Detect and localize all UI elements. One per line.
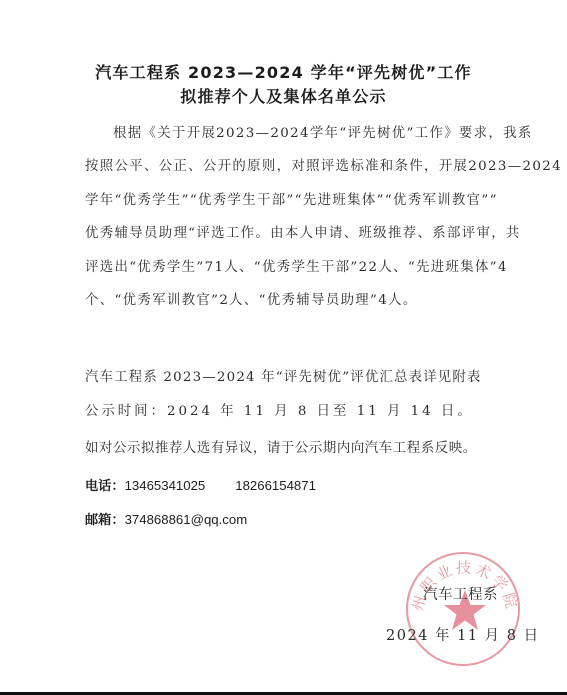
body-line: 根据《关于开展2023—2024学年“评先树优”工作》要求，我系 [85,117,519,150]
signature-department: 汽车工程系 [423,583,498,604]
email-address: 374868861@qq.com [125,512,248,527]
body-line: 按照公平、公正、公开的原则，对照评选标准和条件，开展2023—2024 [85,150,519,183]
email-label: 邮箱： [85,512,125,527]
contact-phone: 电话：1346534102518266154871 [85,475,316,494]
body-line: 优秀辅导员助理“评选工作。由本人申请、班级推荐、系部评审，共 [85,217,519,250]
body-line: 学年“优秀学生”“优秀学生干部”“先进班集体”“优秀军训教官”“ [85,184,519,217]
signature-date: 2024 年 11 月 8 日 [386,624,540,645]
objection-note: 如对公示拟推荐人选有异议，请于公示期内向汽车工程系反映。 [85,437,477,456]
summary-note: 汽车工程系 2023—2024 年“评先树优”评优汇总表详见附表 [85,366,482,385]
official-seal: 州职业技术学院 [406,552,520,666]
phone-number-2: 18266154871 [235,478,316,493]
body-paragraph: 根据《关于开展2023—2024学年“评先树优”工作》要求，我系 按照公平、公正… [85,117,519,317]
document-title-line2: 拟推荐个人及集体名单公示 [0,84,567,107]
document-title-line1: 汽车工程系 2023—2024 学年“评先树优”工作 [0,60,567,83]
contact-email: 邮箱：374868861@qq.com [85,509,247,528]
phone-label: 电话： [85,478,125,493]
body-line: 个、“优秀军训教官”2人、“优秀辅导员助理”4人。 [85,284,519,317]
document-page: 汽车工程系 2023—2024 学年“评先树优”工作 拟推荐个人及集体名单公示 … [0,0,567,692]
seal-star-icon: 州职业技术学院 [408,554,522,668]
phone-number-1: 13465341025 [125,478,206,493]
publicity-period: 公示时间：2024 年 11 月 8 日至 11 月 14 日。 [85,400,474,419]
body-line: 评选出“优秀学生”71人、“优秀学生干部”22人、“先进班集体”4 [85,251,519,284]
